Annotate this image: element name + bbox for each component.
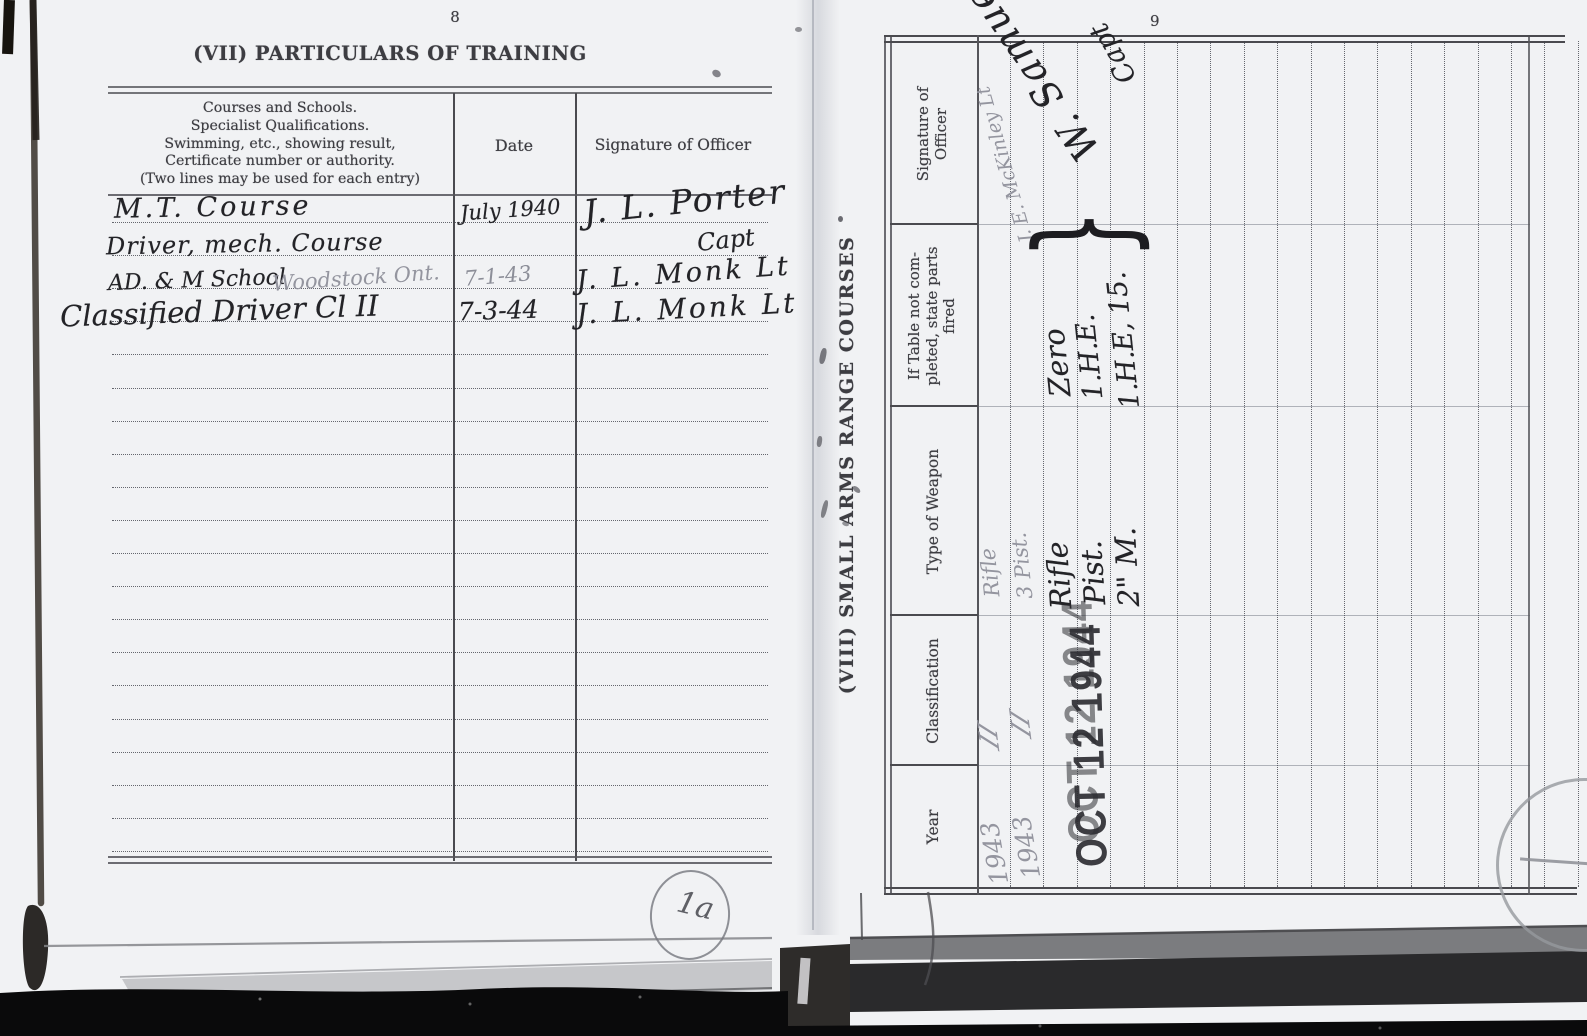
top-left-corner-mark bbox=[2, 0, 15, 54]
band-speckle bbox=[1039, 1025, 1042, 1028]
bottom-left-ink-blob bbox=[23, 905, 48, 990]
band-speckle bbox=[259, 998, 262, 1001]
right-binding-band-dark bbox=[850, 951, 1587, 1012]
page-fold-tick bbox=[861, 893, 862, 940]
scan-artifacts bbox=[0, 0, 1587, 1036]
scan-speck bbox=[838, 216, 843, 222]
band-speckle bbox=[469, 1003, 472, 1006]
gutter-dark-block bbox=[780, 944, 850, 1036]
circled-annotation-text: 1a bbox=[673, 885, 717, 928]
band-speckle bbox=[1379, 1027, 1382, 1030]
scanned-service-book: 8 (VII) PARTICULARS OF TRAINING Courses … bbox=[0, 0, 1587, 1036]
left-page-edge-line-dark bbox=[33, 0, 36, 140]
band-speckle bbox=[639, 996, 642, 999]
scan-speck bbox=[795, 27, 802, 32]
